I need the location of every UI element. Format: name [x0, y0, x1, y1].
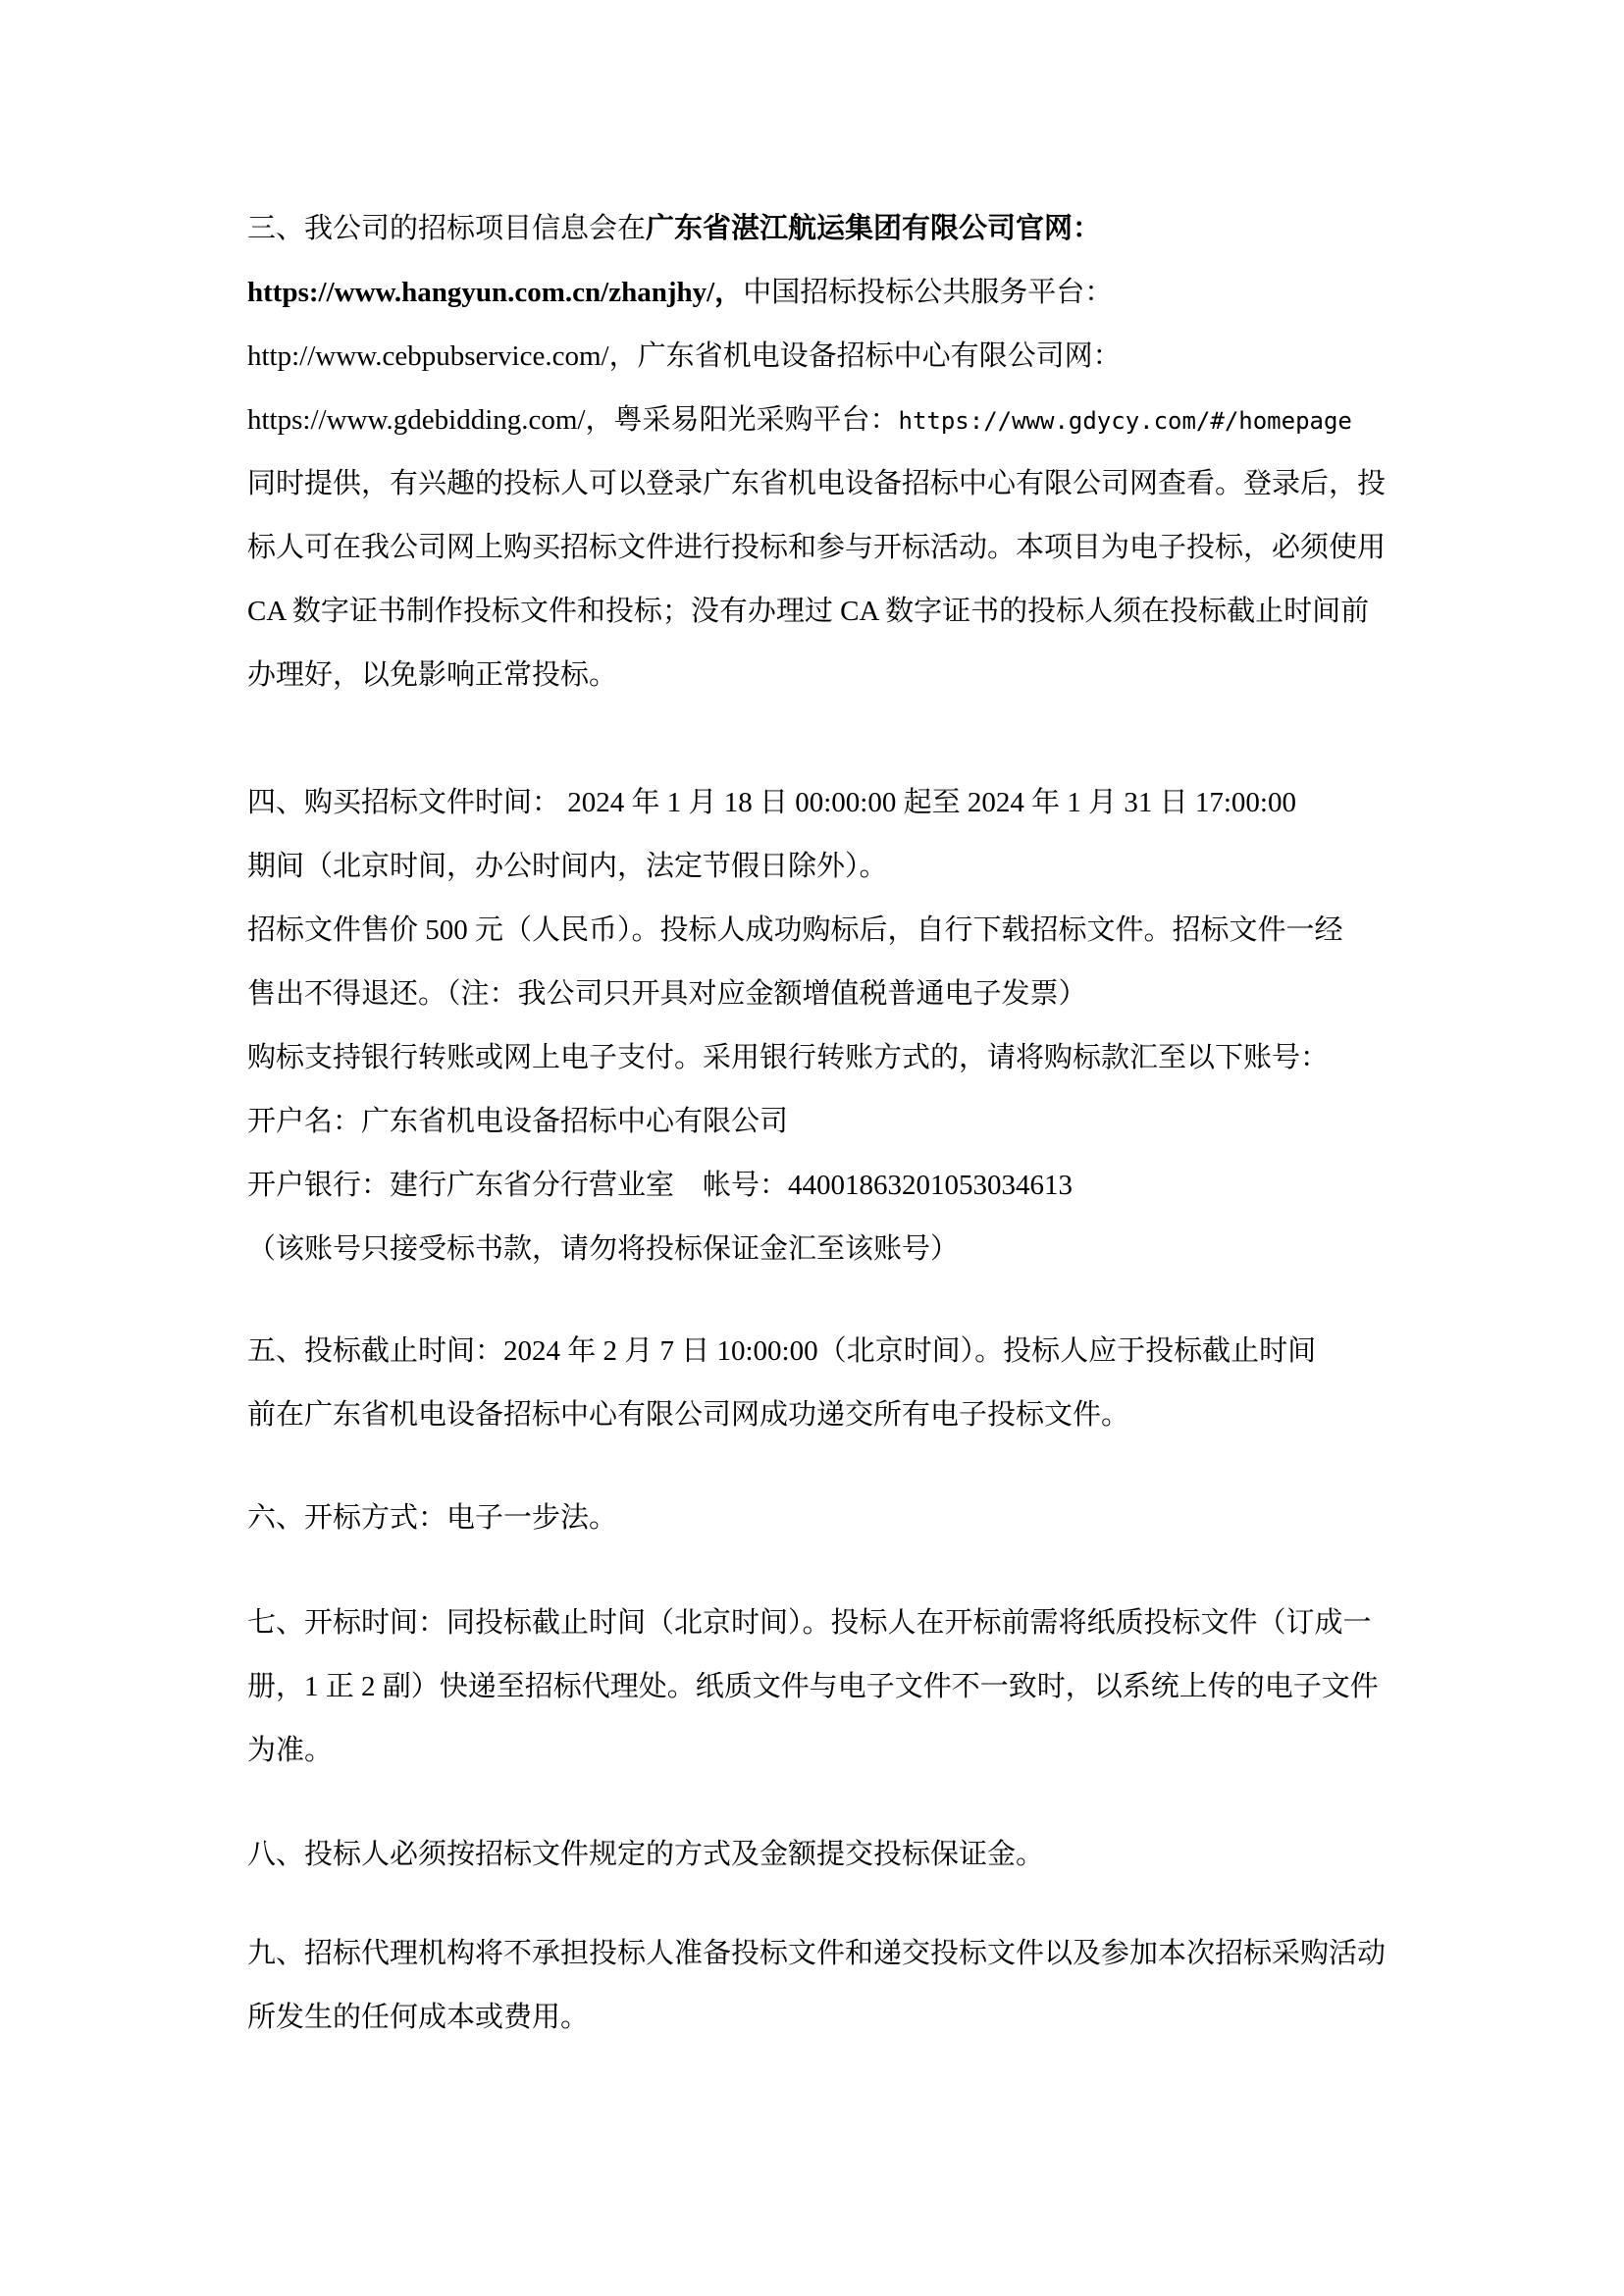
text-line: 三、我公司的招标项目信息会在广东省湛江航运集团有限公司官网： — [247, 197, 1405, 261]
text-run: 八、投标人必须按招标文件规定的方式及金额提交投标保证金。 — [247, 1839, 1044, 1870]
text-line: http://www.cebpubservice.com/，广东省机电设备招标中… — [247, 325, 1405, 389]
text-line: 办理好，以免影响正常投标。 — [247, 644, 1405, 707]
text-line: 九、招标代理机构将不承担投标人准备投标文件和递交投标文件以及参加本次招标采购活动 — [247, 1922, 1405, 1986]
text-run: 九、招标代理机构将不承担投标人准备投标文件和递交投标文件以及参加本次招标采购活动 — [247, 1938, 1386, 1969]
section-5-bid-deadline: 五、投标截止时间：2024 年 2 月 7 日 10:00:00（北京时间）。投… — [247, 1320, 1405, 1447]
text-run: 开户名：广东省机电设备招标中心有限公司 — [247, 1106, 788, 1137]
document-content: 三、我公司的招标项目信息会在广东省湛江航运集团有限公司官网：https://ww… — [247, 197, 1405, 2050]
text-run: 四、购买招标文件时间： 2024 年 1 月 18 日 00:00:00 起至 … — [247, 787, 1296, 818]
text-line: 招标文件售价 500 元（人民币）。投标人成功购标后，自行下载招标文件。招标文件… — [247, 899, 1405, 963]
text-line: 开户银行：建行广东省分行营业室 帐号：44001863201053034613 — [247, 1154, 1405, 1218]
text-line: 购标支持银行转账或网上电子支付。采用银行转账方式的，请将购标款汇至以下账号： — [247, 1026, 1405, 1090]
text-run: http://www.cebpubservice.com/，广东省机电设备招标中… — [247, 340, 1122, 372]
text-line: 五、投标截止时间：2024 年 2 月 7 日 10:00:00（北京时间）。投… — [247, 1320, 1405, 1383]
text-line: 期间（北京时间，办公时间内，法定节假日除外）。 — [247, 835, 1405, 899]
text-run: 前在广东省机电设备招标中心有限公司网成功递交所有电子投标文件。 — [247, 1399, 1129, 1431]
text-run: 为准。 — [247, 1735, 333, 1766]
section-4-document-purchase: 四、购买招标文件时间： 2024 年 1 月 18 日 00:00:00 起至 … — [247, 771, 1405, 1281]
text-run: CA 数字证书制作投标文件和投标；没有办理过 CA 数字证书的投标人须在投标截止… — [247, 596, 1369, 627]
text-run: https://www.hangyun.com.cn/zhanjhy/， — [247, 277, 743, 308]
section-6-bid-opening-method: 六、开标方式：电子一步法。 — [247, 1487, 1405, 1550]
text-line: 册，1 正 2 副）快递至招标代理处。纸质文件与电子文件不一致时，以系统上传的电… — [247, 1655, 1405, 1719]
text-run: 同时提供，有兴趣的投标人可以登录广东省机电设备招标中心有限公司网查看。登录后，投 — [247, 468, 1386, 499]
text-line: 七、开标时间：同投标截止时间（北京时间）。投标人在开标前需将纸质投标文件（订成一 — [247, 1592, 1405, 1655]
text-line: https://www.gdebidding.com/，粤采易阳光采购平台：ht… — [247, 389, 1405, 452]
text-run: https://www.gdycy.com/#/homepage — [899, 407, 1352, 435]
text-line: 为准。 — [247, 1719, 1405, 1783]
text-run: https://www.gdebidding.com/，粤采易阳光采购平台： — [247, 404, 899, 436]
text-line: 六、开标方式：电子一步法。 — [247, 1487, 1405, 1550]
text-run: 六、开标方式：电子一步法。 — [247, 1502, 617, 1534]
text-line: 前在广东省机电设备招标中心有限公司网成功递交所有电子投标文件。 — [247, 1383, 1405, 1447]
section-8-bid-security: 八、投标人必须按招标文件规定的方式及金额提交投标保证金。 — [247, 1823, 1405, 1887]
text-run: 中国招标投标公共服务平台： — [743, 277, 1113, 308]
text-line: 八、投标人必须按招标文件规定的方式及金额提交投标保证金。 — [247, 1823, 1405, 1887]
text-run: 七、开标时间：同投标截止时间（北京时间）。投标人在开标前需将纸质投标文件（订成一 — [247, 1607, 1372, 1639]
text-run: 期间（北京时间，办公时间内，法定节假日除外）。 — [247, 851, 888, 882]
text-line: 开户名：广东省机电设备招标中心有限公司 — [247, 1090, 1405, 1154]
text-run: 五、投标截止时间：2024 年 2 月 7 日 10:00:00（北京时间）。投… — [247, 1335, 1316, 1367]
document-page: 三、我公司的招标项目信息会在广东省湛江航运集团有限公司官网：https://ww… — [0, 0, 1624, 2296]
section-9-agency-disclaimer: 九、招标代理机构将不承担投标人准备投标文件和递交投标文件以及参加本次招标采购活动… — [247, 1922, 1405, 2050]
section-3-bid-info-websites: 三、我公司的招标项目信息会在广东省湛江航运集团有限公司官网：https://ww… — [247, 197, 1405, 707]
text-line: 四、购买招标文件时间： 2024 年 1 月 18 日 00:00:00 起至 … — [247, 771, 1405, 835]
text-run: 广东省湛江航运集团有限公司官网： — [646, 213, 1101, 244]
section-7-bid-opening-time: 七、开标时间：同投标截止时间（北京时间）。投标人在开标前需将纸质投标文件（订成一… — [247, 1592, 1405, 1783]
text-line: （该账号只接受标书款，请勿将投标保证金汇至该账号） — [247, 1218, 1405, 1281]
text-run: （该账号只接受标书款，请勿将投标保证金汇至该账号） — [247, 1233, 959, 1265]
text-run: 购标支持银行转账或网上电子支付。采用银行转账方式的，请将购标款汇至以下账号： — [247, 1042, 1329, 1073]
text-line: CA 数字证书制作投标文件和投标；没有办理过 CA 数字证书的投标人须在投标截止… — [247, 580, 1405, 644]
text-run: 开户银行：建行广东省分行营业室 帐号：44001863201053034613 — [247, 1170, 1073, 1201]
text-run: 售出不得退还。（注：我公司只开具对应金额增值税普通电子发票） — [247, 978, 1087, 1010]
text-line: https://www.hangyun.com.cn/zhanjhy/，中国招标… — [247, 261, 1405, 325]
text-line: 标人可在我公司网上购买招标文件进行投标和参与开标活动。本项目为电子投标，必须使用 — [247, 516, 1405, 580]
text-run: 册，1 正 2 副）快递至招标代理处。纸质文件与电子文件不一致时，以系统上传的电… — [247, 1671, 1379, 1702]
text-line: 售出不得退还。（注：我公司只开具对应金额增值税普通电子发票） — [247, 963, 1405, 1026]
text-run: 三、我公司的招标项目信息会在 — [247, 213, 646, 244]
text-run: 招标文件售价 500 元（人民币）。投标人成功购标后，自行下载招标文件。招标文件… — [247, 914, 1343, 946]
text-run: 办理好，以免影响正常投标。 — [247, 659, 617, 691]
text-run: 所发生的任何成本或费用。 — [247, 2002, 589, 2033]
text-line: 同时提供，有兴趣的投标人可以登录广东省机电设备招标中心有限公司网查看。登录后，投 — [247, 452, 1405, 516]
text-line: 所发生的任何成本或费用。 — [247, 1986, 1405, 2050]
text-run: 标人可在我公司网上购买招标文件进行投标和参与开标活动。本项目为电子投标，必须使用 — [247, 532, 1386, 563]
